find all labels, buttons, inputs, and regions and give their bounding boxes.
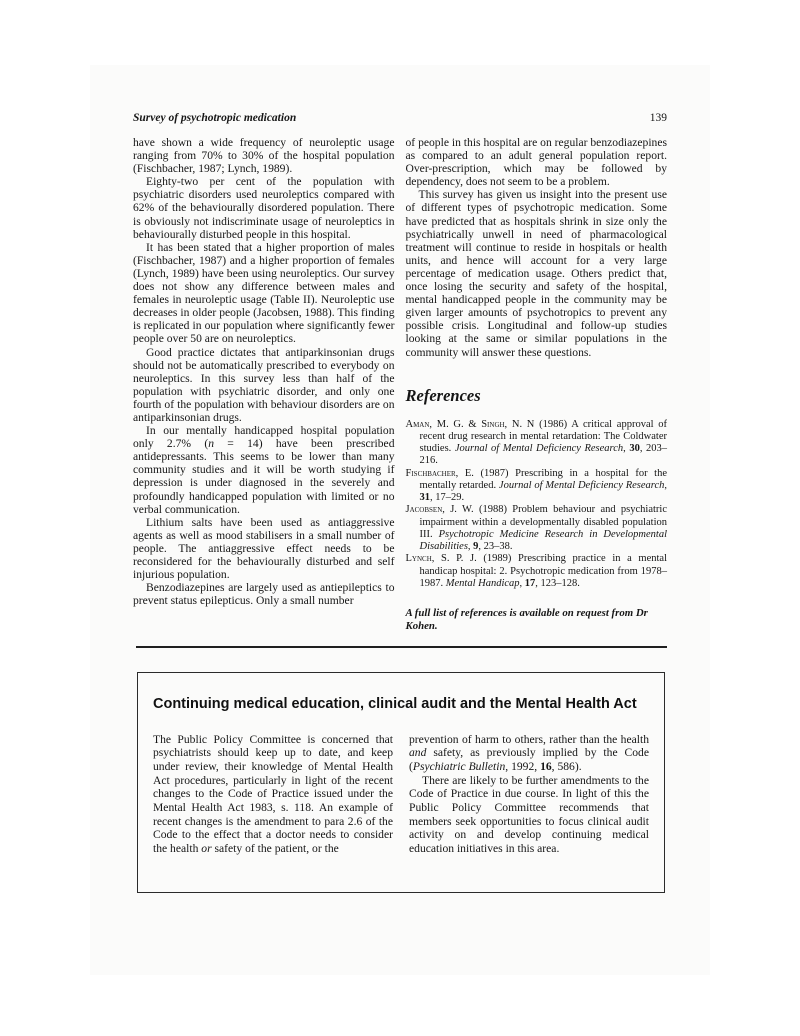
announcement-body: The Public Policy Committee is concerned… xyxy=(153,733,649,856)
paragraph: Eighty-two per cent of the population wi… xyxy=(133,175,395,240)
reference-item: Fischbacher, E. (1987) Prescribing in a … xyxy=(406,468,668,505)
paragraph: Good practice dictates that antiparkinso… xyxy=(133,346,395,425)
running-head: Survey of psychotropic medication xyxy=(133,111,296,125)
paragraph: Lithium salts have been used as antiaggr… xyxy=(133,516,395,581)
journal-page: Survey of psychotropic medication 139 ha… xyxy=(90,65,710,975)
article-body: have shown a wide frequency of neurolept… xyxy=(133,136,667,632)
paragraph: Benzodiazepines are largely used as anti… xyxy=(133,581,395,607)
page-content: Survey of psychotropic medication 139 ha… xyxy=(133,111,667,632)
right-column: of people in this hospital are on regula… xyxy=(406,136,668,632)
paragraph: prevention of harm to others, rather tha… xyxy=(409,733,649,774)
announcement-box: Continuing medical education, clinical a… xyxy=(137,672,665,893)
paragraph: The Public Policy Committee is concerned… xyxy=(153,733,393,856)
box-right-column: prevention of harm to others, rather tha… xyxy=(409,733,649,856)
paragraph: It has been stated that a higher proport… xyxy=(133,241,395,346)
reference-item: Aman, M. G. & Singh, N. N (1986) A criti… xyxy=(406,419,668,468)
references-heading: References xyxy=(406,386,668,406)
announcement-title: Continuing medical education, clinical a… xyxy=(153,695,639,714)
page-number: 139 xyxy=(650,111,667,125)
reference-item: Jacobsen, J. W. (1988) Problem behaviour… xyxy=(406,504,668,553)
paragraph: In our mentally handicapped hospital pop… xyxy=(133,424,395,516)
left-column: have shown a wide frequency of neurolept… xyxy=(133,136,395,632)
section-divider xyxy=(136,646,667,648)
paragraph: have shown a wide frequency of neurolept… xyxy=(133,136,395,175)
page-header: Survey of psychotropic medication 139 xyxy=(133,111,667,125)
paragraph: There are likely to be further amendment… xyxy=(409,774,649,856)
paragraph: This survey has given us insight into th… xyxy=(406,188,668,358)
reference-item: Lynch, S. P. J. (1989) Prescribing pract… xyxy=(406,553,668,590)
paragraph: of people in this hospital are on regula… xyxy=(406,136,668,188)
announcement-content: Continuing medical education, clinical a… xyxy=(138,673,664,856)
references-note: A full list of references is available o… xyxy=(406,607,668,632)
box-left-column: The Public Policy Committee is concerned… xyxy=(153,733,393,856)
